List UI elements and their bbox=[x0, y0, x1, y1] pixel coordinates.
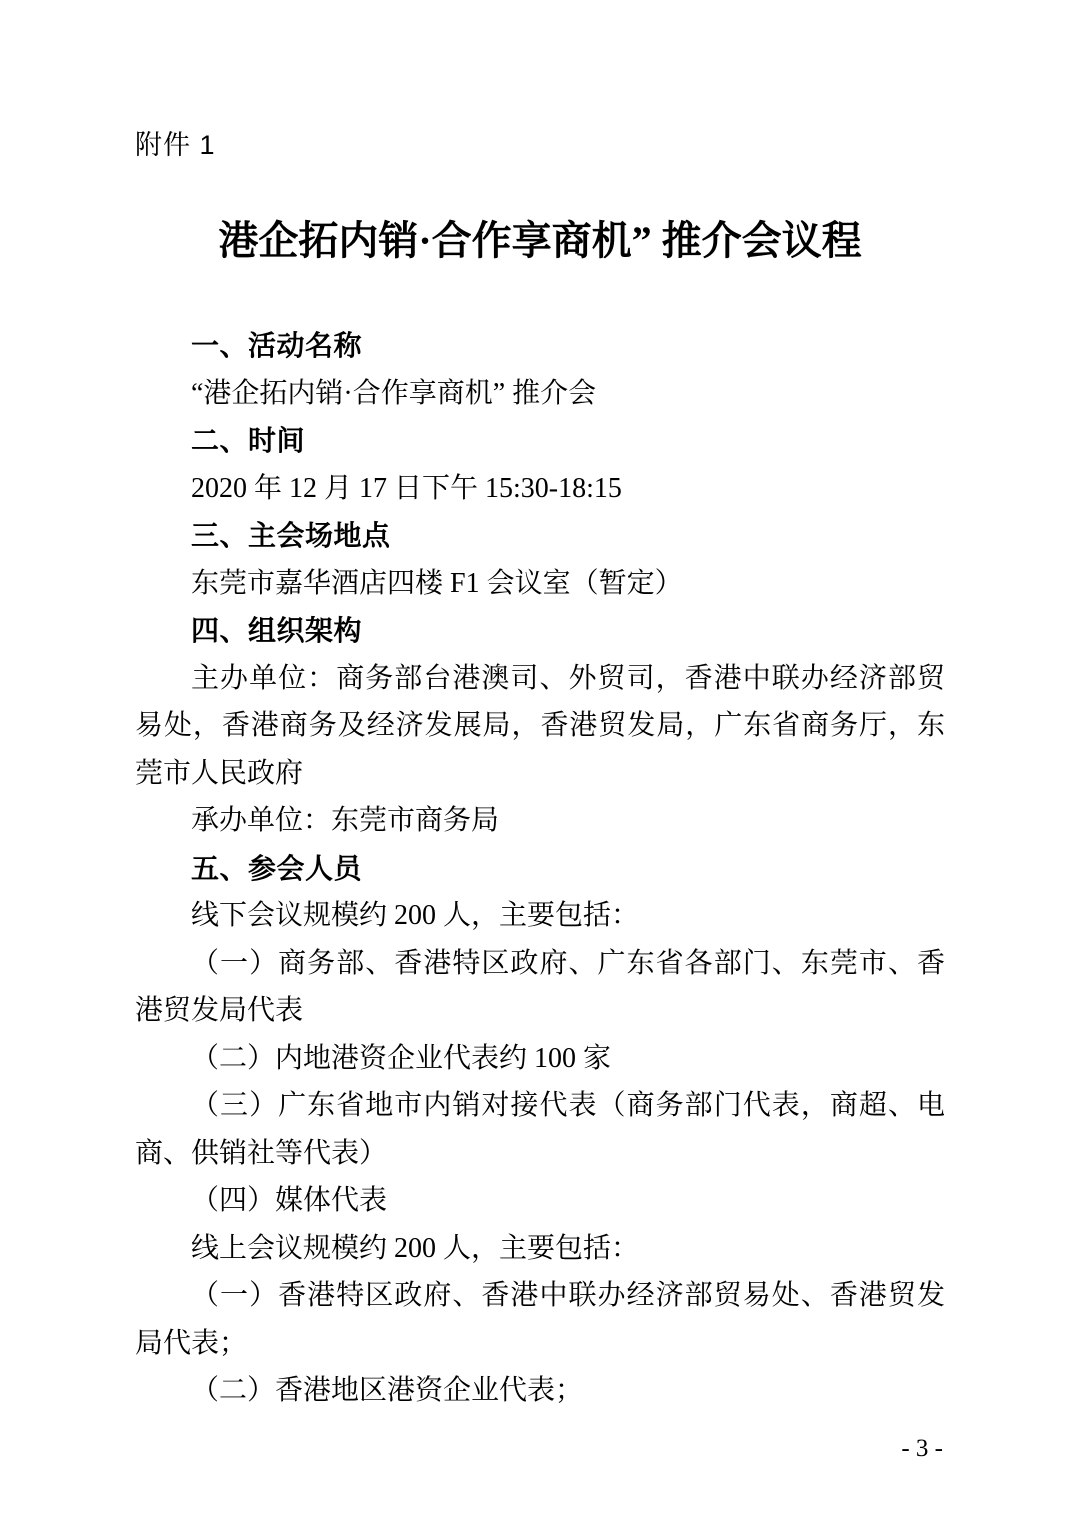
document-page: 附件 1 港企拓内销·合作享商机” 推介会议程 一、活动名称 “港企拓内销·合作… bbox=[0, 0, 1080, 1527]
para-offline-item-4: （四）媒体代表 bbox=[135, 1177, 945, 1225]
heading-organization: 四、组织架构 bbox=[135, 607, 945, 655]
para-offline-scale: 线下会议规模约 200 人，主要包括： bbox=[135, 892, 945, 940]
document-body: 一、活动名称 “港企拓内销·合作享商机” 推介会 二、时间 2020 年 12 … bbox=[135, 322, 945, 1415]
para-time: 2020 年 12 月 17 日下午 15:30-18:15 bbox=[135, 465, 945, 513]
para-venue: 东莞市嘉华酒店四楼 F1 会议室（暂定） bbox=[135, 560, 945, 608]
para-offline-item-2: （二）内地港资企业代表约 100 家 bbox=[135, 1035, 945, 1083]
heading-venue: 三、主会场地点 bbox=[135, 512, 945, 560]
para-offline-item-3: （三）广东省地市内销对接代表（商务部门代表，商超、电商、供销社等代表） bbox=[135, 1082, 945, 1177]
attachment-label: 附件 1 bbox=[135, 125, 945, 165]
para-activity-name: “港企拓内销·合作享商机” 推介会 bbox=[135, 370, 945, 418]
para-online-scale: 线上会议规模约 200 人，主要包括： bbox=[135, 1225, 945, 1273]
para-online-item-2: （二）香港地区港资企业代表； bbox=[135, 1367, 945, 1415]
para-undertaker: 承办单位：东莞市商务局 bbox=[135, 797, 945, 845]
heading-activity-name: 一、活动名称 bbox=[135, 322, 945, 370]
document-title: 港企拓内销·合作享商机” 推介会议程 bbox=[135, 217, 945, 265]
heading-time: 二、时间 bbox=[135, 417, 945, 465]
para-online-item-1: （一）香港特区政府、香港中联办经济部贸易处、香港贸发局代表； bbox=[135, 1272, 945, 1367]
para-offline-item-1: （一）商务部、香港特区政府、广东省各部门、东莞市、香港贸发局代表 bbox=[135, 940, 945, 1035]
page-number: - 3 - bbox=[901, 1432, 943, 1466]
heading-participants: 五、参会人员 bbox=[135, 845, 945, 893]
para-organizers: 主办单位：商务部台港澳司、外贸司，香港中联办经济部贸易处，香港商务及经济发展局，… bbox=[135, 655, 945, 798]
